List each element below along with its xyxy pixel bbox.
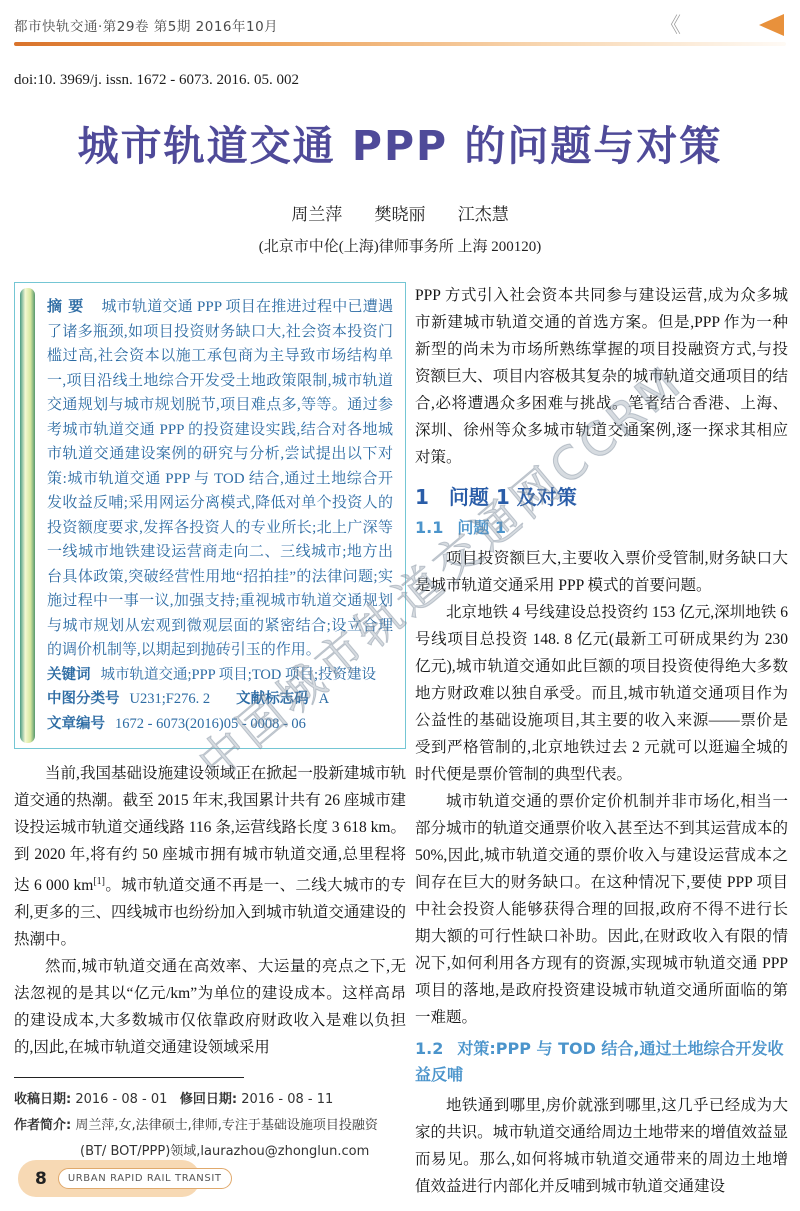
author-name: 江杰慧 — [458, 205, 509, 224]
footnote-rule — [14, 1077, 244, 1078]
left-column: 摘要城市轨道交通 PPP 项目在推进过程中已遭遇了诸多瓶颈,如项目投资财务缺口大… — [14, 282, 406, 1200]
body-paragraph: PPP 方式引入社会资本共同参与建设运营,成为众多城市新建城市轨道交通的首选方案… — [415, 282, 788, 471]
keywords-label: 关键词 — [47, 667, 91, 683]
revised-label: 修回日期: — [180, 1092, 237, 1107]
abstract-paragraph: 摘要城市轨道交通 PPP 项目在推进过程中已遭遇了诸多瓶颈,如项目投资财务缺口大… — [47, 294, 393, 663]
doi-line: doi:10. 3969/j. issn. 1672 - 6073. 2016.… — [14, 72, 800, 89]
article-title: 城市轨道交通 PPP 的问题与对策 — [0, 113, 800, 172]
doc-code-value: A — [319, 691, 329, 707]
article-id-value: 1672 - 6073(2016)05 - 0008 - 06 — [115, 716, 306, 732]
reference-marker: [1] — [93, 876, 105, 887]
abstract-label: 摘要 — [47, 297, 90, 315]
subsection-heading-1-2: 1.2对策:PPP 与 TOD 结合,通过土地综合开发收益反哺 — [415, 1036, 788, 1088]
abstract-box: 摘要城市轨道交通 PPP 项目在推进过程中已遭遇了诸多瓶颈,如项目投资财务缺口大… — [14, 282, 406, 749]
body-paragraph: 北京地铁 4 号线建设总投资约 153 亿元,深圳地铁 6 号线项目总投资 14… — [415, 599, 788, 788]
keywords-text: 城市轨道交通;PPP 项目;TOD 项目;投资建设 — [101, 667, 377, 683]
section-title: 问题 1 及对策 — [449, 485, 577, 509]
body-paragraph: 然而,城市轨道交通在高效率、大运量的亮点之下,无法忽视的是其以“亿元/km”为单… — [14, 953, 406, 1061]
doc-code-label: 文献标志码 — [236, 691, 309, 707]
bio-text: 周兰萍,女,法律硕士,律师,专注于基础设施项目投融资 (BT/ BOT/PPP)… — [75, 1118, 378, 1159]
page-header: 都市快轨交通·第29卷 第5期 2016年10月 《 — [0, 0, 800, 36]
author-name: 樊晓丽 — [375, 205, 426, 224]
author-bio-line: 作者简介: 周兰萍,女,法律硕士,律师,专注于基础设施项目投融资 (BT/ BO… — [14, 1113, 406, 1165]
double-angle-icon: 《 — [660, 15, 681, 36]
classification-line: 中图分类号U231;F276. 2文献标志码A — [47, 687, 393, 712]
right-column: PPP 方式引入社会资本共同参与建设运营,成为众多城市新建城市轨道交通的首选方案… — [415, 282, 788, 1200]
header-rule — [14, 42, 786, 46]
body-paragraph: 项目投资额巨大,主要收入票价受管制,财务缺口大是城市轨道交通采用 PPP 模式的… — [415, 545, 788, 599]
subsection-number: 1.1 — [415, 518, 443, 537]
subsection-heading-1-1: 1.1问题 1 — [415, 515, 788, 541]
paragraph-text: 当前,我国基础设施建设领域正在掀起一股新建城市轨道交通的热潮。截至 2015 年… — [14, 765, 406, 894]
footnote-block: 收稿日期: 2016 - 08 - 01 修回日期: 2016 - 08 - 1… — [14, 1087, 406, 1165]
keywords-line: 关键词城市轨道交通;PPP 项目;TOD 项目;投资建设 — [47, 663, 393, 688]
received-line: 收稿日期: 2016 - 08 - 01 修回日期: 2016 - 08 - 1… — [14, 1087, 406, 1113]
subsection-title: 对策:PPP 与 TOD 结合,通过土地综合开发收益反哺 — [415, 1039, 784, 1084]
author-list: 周兰萍 樊晓丽 江杰慧 — [0, 200, 800, 225]
clc-value: U231;F276. 2 — [130, 691, 211, 707]
journal-name-english: URBAN RAPID RAIL TRANSIT — [58, 1168, 232, 1189]
section-heading-1: 1问题 1 及对策 — [415, 481, 788, 510]
bio-label: 作者简介: — [14, 1118, 71, 1133]
body-paragraph: 当前,我国基础设施建设领域正在掀起一股新建城市轨道交通的热潮。截至 2015 年… — [14, 760, 406, 953]
abstract-text: 城市轨道交通 PPP 项目在推进过程中已遭遇了诸多瓶颈,如项目投资财务缺口大,社… — [47, 299, 393, 658]
author-name: 周兰萍 — [291, 205, 342, 224]
clc-label: 中图分类号 — [47, 691, 120, 707]
journal-issue-info: 都市快轨交通·第29卷 第5期 2016年10月 — [14, 15, 278, 35]
received-label: 收稿日期: — [14, 1092, 71, 1107]
section-number: 1 — [415, 485, 429, 509]
affiliation-line: (北京市中伦(上海)律师事务所 上海 200120) — [0, 235, 800, 256]
article-id-line: 文章编号1672 - 6073(2016)05 - 0008 - 06 — [47, 712, 393, 737]
body-paragraph: 城市轨道交通的票价定价机制并非市场化,相当一部分城市的轨道交通票价收入甚至达不到… — [415, 788, 788, 1031]
article-id-label: 文章编号 — [47, 716, 105, 732]
subsection-title: 问题 1 — [457, 518, 506, 537]
subsection-number: 1.2 — [415, 1039, 443, 1058]
footer-badge: 8 URBAN RAPID RAIL TRANSIT — [18, 1160, 200, 1197]
revised-date: 2016 - 08 - 11 — [241, 1092, 333, 1107]
left-triangle-icon — [759, 14, 784, 36]
body-columns: 摘要城市轨道交通 PPP 项目在推进过程中已遭遇了诸多瓶颈,如项目投资财务缺口大… — [14, 282, 788, 1200]
body-paragraph: 地铁通到哪里,房价就涨到哪里,这几乎已经成为大家的共识。城市轨道交通给周边土地带… — [415, 1092, 788, 1200]
abstract-side-bar — [20, 288, 35, 743]
journal-page: 都市快轨交通·第29卷 第5期 2016年10月 《 doi:10. 3969/… — [0, 0, 800, 1211]
header-icons: 《 — [660, 14, 784, 36]
received-date: 2016 - 08 - 01 — [75, 1092, 167, 1107]
page-number: 8 — [35, 1169, 47, 1189]
